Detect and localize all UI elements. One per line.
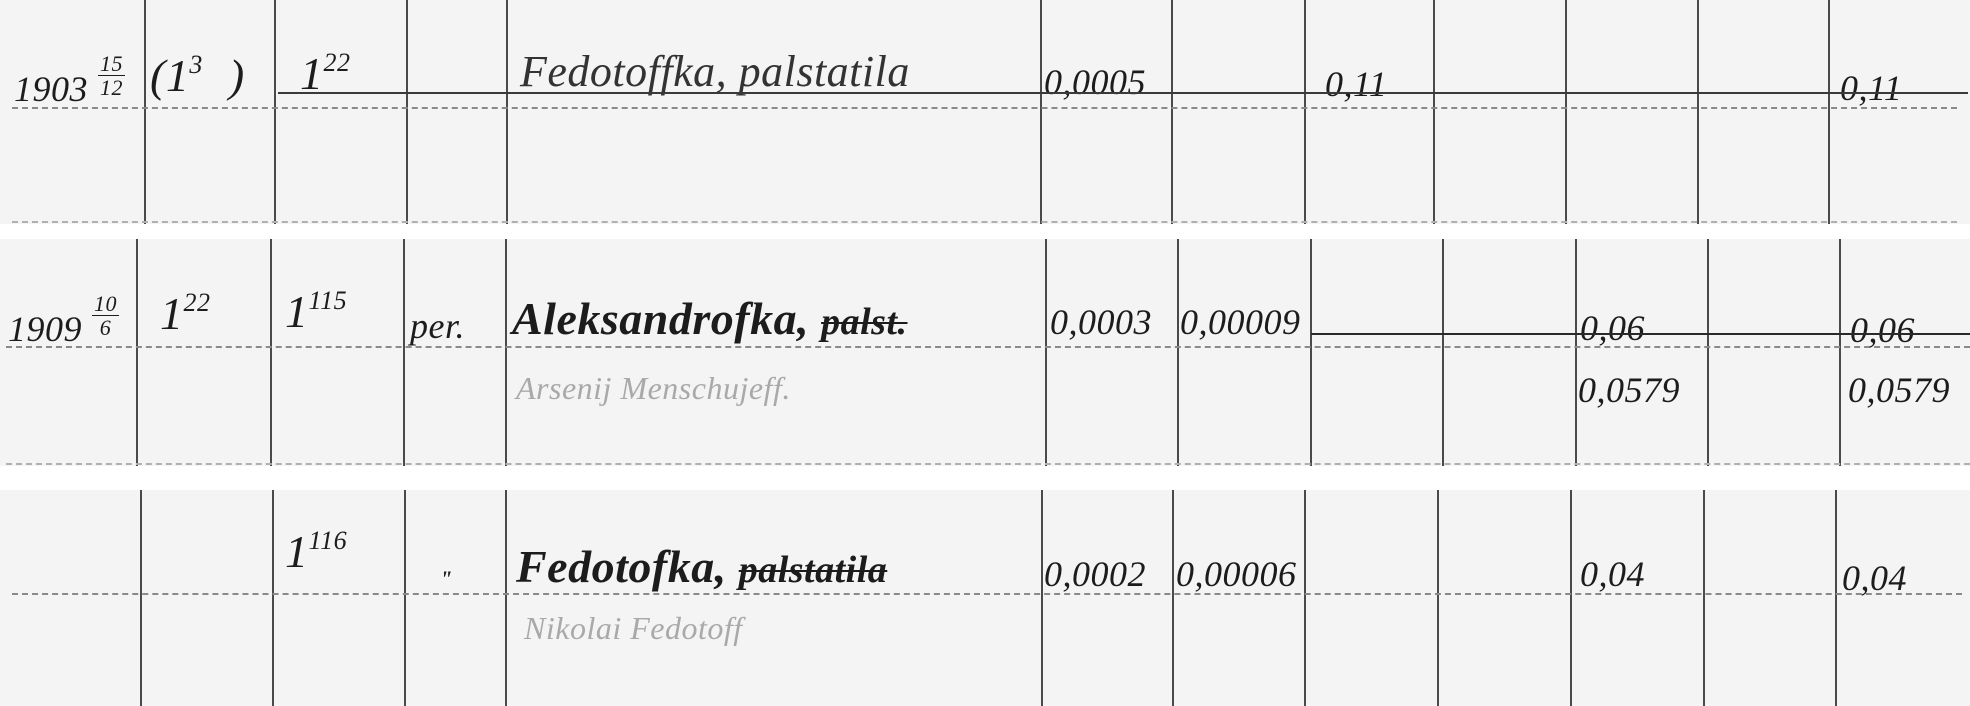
row-2-col3-ref: 1115 <box>285 288 347 335</box>
row-bottom-line <box>6 463 1970 465</box>
column-divider <box>1040 0 1042 224</box>
row-2-place-name: Aleksandrofka, palst. <box>512 296 908 342</box>
column-divider <box>505 239 507 466</box>
row-2-col2-ref: 122 <box>160 290 211 337</box>
column-divider <box>1045 239 1047 466</box>
row-1-value-1: 0,0005 <box>1044 64 1146 100</box>
row-3-value-5: 0,04 <box>1580 556 1645 592</box>
ledger-row-1 <box>0 0 1970 224</box>
row-2-value-7-corrected: 0,0579 <box>1848 372 1950 408</box>
row-2-value-1: 0,0003 <box>1050 304 1152 340</box>
row-1-date: 19031512 <box>14 52 125 107</box>
row-3-value-2: 0,00006 <box>1176 556 1297 592</box>
row-2-value-2: 0,00009 <box>1180 304 1301 340</box>
column-divider <box>404 490 406 706</box>
column-divider <box>1828 0 1830 224</box>
row-guideline <box>12 593 1962 595</box>
column-divider <box>1575 239 1577 466</box>
column-divider <box>1839 239 1841 466</box>
row-2-cancellation-line <box>1311 333 1970 335</box>
column-divider <box>1437 490 1439 706</box>
ledger-row-2 <box>0 239 1970 466</box>
column-divider <box>1835 490 1837 706</box>
column-divider <box>1041 490 1043 706</box>
row-2-value-5: 0,06 <box>1580 310 1645 346</box>
column-divider <box>272 490 274 706</box>
column-divider <box>1707 239 1709 466</box>
column-divider <box>1433 0 1435 224</box>
row-3-place-name: Fedotofka, palstatila <box>516 544 887 590</box>
row-3-value-1: 0,0002 <box>1044 556 1146 592</box>
column-divider <box>270 239 272 466</box>
column-divider <box>1570 490 1572 706</box>
row-2-day-month: 106 <box>92 292 119 339</box>
column-divider <box>1304 0 1306 224</box>
row-1-col3-ref: 122 <box>300 50 351 97</box>
row-2-year: 1909 <box>8 309 82 349</box>
column-divider <box>1697 0 1699 224</box>
column-divider <box>1442 239 1444 466</box>
row-3-struck-word: palstatila <box>739 549 888 591</box>
column-divider <box>1304 490 1306 706</box>
row-guideline <box>12 107 1957 109</box>
row-3-ditto-mark: " <box>440 568 453 590</box>
row-1-day-month: 1512 <box>98 52 125 99</box>
row-2-date: 1909106 <box>8 292 119 347</box>
row-1-value-3: 0,11 <box>1325 66 1387 102</box>
column-divider <box>144 0 146 224</box>
row-1-year: 1903 <box>14 69 88 109</box>
row-2-owner-name: Arsenij Menschujeff. <box>516 372 791 404</box>
row-3-owner-name: Nikolai Fedotoff <box>524 612 743 644</box>
column-divider <box>1310 239 1312 466</box>
column-divider <box>136 239 138 466</box>
column-divider <box>140 490 142 706</box>
column-divider <box>403 239 405 466</box>
column-divider <box>1565 0 1567 224</box>
column-divider <box>1177 239 1179 466</box>
column-divider <box>505 490 507 706</box>
row-1-place-name: Fedotoffka, palstatila <box>520 50 910 94</box>
row-bottom-line <box>12 221 1957 223</box>
column-divider <box>1172 490 1174 706</box>
row-2-value-7: 0,06 <box>1850 312 1915 348</box>
ledger-row-3 <box>0 490 1970 706</box>
row-2-struck-word: palst. <box>821 301 907 343</box>
row-1-col2-ref: (13) <box>150 52 245 99</box>
column-divider <box>406 0 408 224</box>
row-2-col4-note: per. <box>410 308 465 344</box>
column-divider <box>506 0 508 224</box>
row-3-value-7: 0,04 <box>1842 560 1907 596</box>
column-divider <box>1703 490 1705 706</box>
row-1-value-7: 0,11 <box>1840 70 1902 106</box>
row-3-col3-ref: 1116 <box>285 528 347 575</box>
row-guideline <box>6 346 1970 348</box>
row-2-value-5-corrected: 0,0579 <box>1578 372 1680 408</box>
column-divider <box>274 0 276 224</box>
column-divider <box>1171 0 1173 224</box>
row-1-cancellation-line <box>278 92 1968 94</box>
